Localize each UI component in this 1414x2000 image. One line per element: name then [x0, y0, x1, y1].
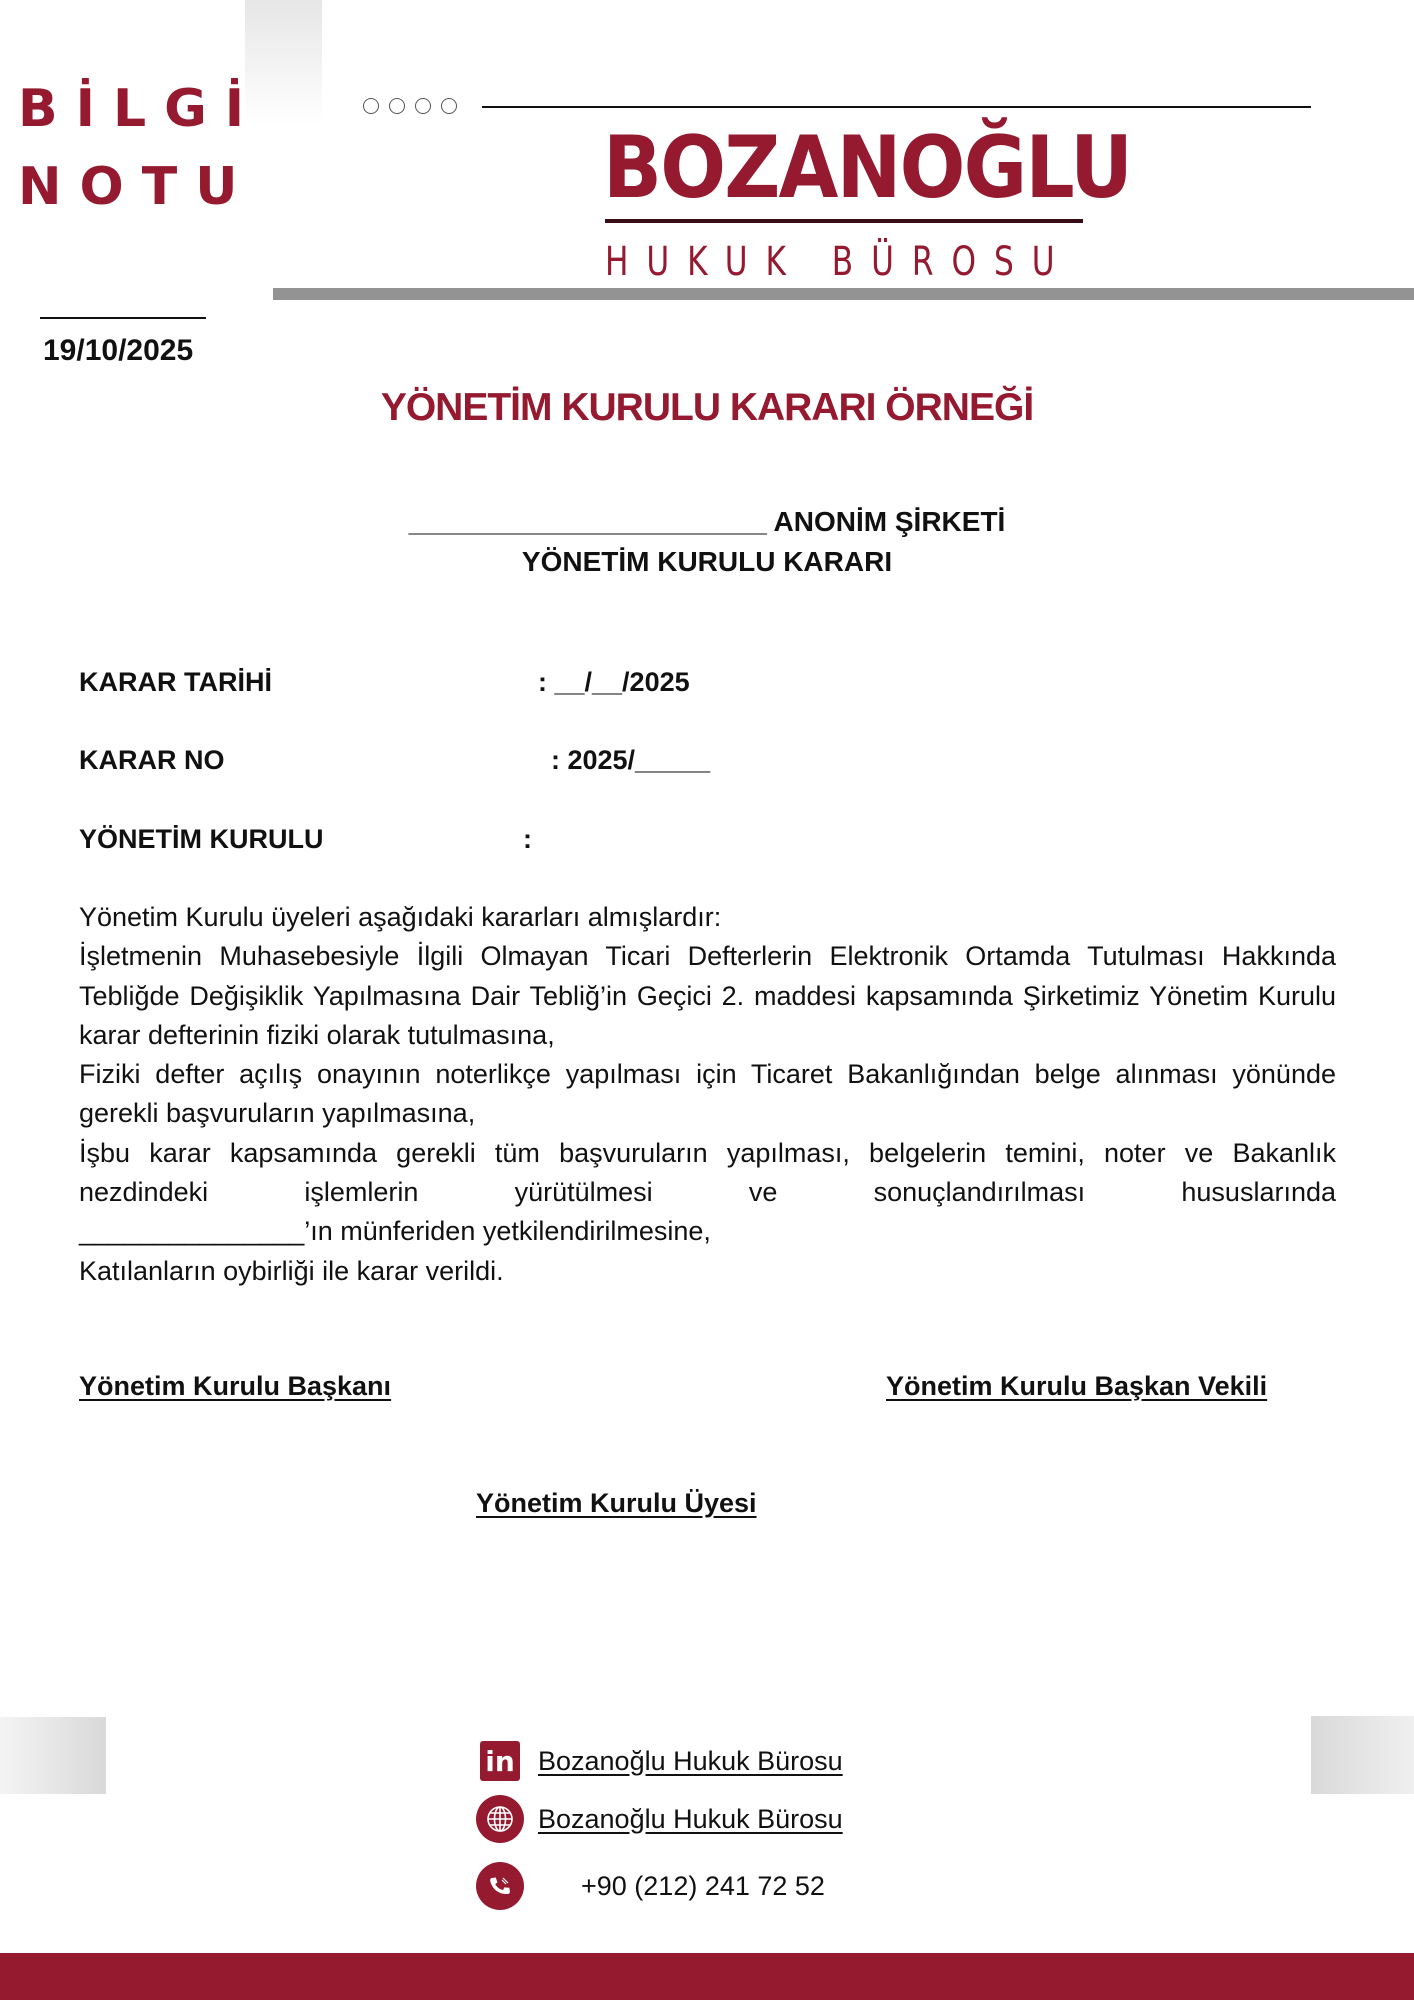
decorative-dots [363, 98, 457, 114]
footer-phone: +90 (212) 241 72 52 [476, 1862, 825, 1910]
globe-icon [476, 1795, 524, 1843]
footer-linkedin[interactable]: in Bozanoğlu Hukuk Bürosu [476, 1741, 843, 1781]
brand-logo-subtitle: HUKUK BÜROSU [605, 238, 1073, 286]
body-paragraph: İşletmenin Muhasebesiyle İlgili Olmayan … [79, 937, 1336, 1055]
signature-vice-chairman: Yönetim Kurulu Başkan Vekili [886, 1371, 1267, 1402]
signature-chairman: Yönetim Kurulu Başkanı [79, 1371, 391, 1402]
brand-logo-name: BOZANOĞLU [603, 118, 1131, 218]
decision-number-label: KARAR NO [79, 745, 225, 776]
decision-date-value: : __/__/2025 [538, 667, 690, 698]
date-rule [40, 317, 206, 319]
phone-number: +90 (212) 241 72 52 [581, 1871, 825, 1902]
document-date: 19/10/2025 [43, 334, 193, 368]
footer-decor-shade-right [1311, 1716, 1414, 1794]
body-closing: Katılanların oybirliği ile karar verildi… [79, 1252, 1336, 1291]
header-top-rule [482, 106, 1311, 108]
body-paragraph: _______________’ın münferiden yetkilendi… [79, 1212, 1336, 1251]
body-paragraph: İşbu karar kapsamında gerekli tüm başvur… [79, 1134, 1336, 1213]
badge-line-2: NOTU [18, 148, 262, 226]
phone-icon [476, 1862, 524, 1910]
brand-logo-divider [605, 219, 1083, 223]
circle-icon [441, 98, 457, 114]
website-link[interactable]: Bozanoğlu Hukuk Bürosu [538, 1804, 843, 1835]
circle-icon [363, 98, 379, 114]
footer-decor-shade-left [0, 1717, 106, 1794]
circle-icon [389, 98, 405, 114]
decision-body: Yönetim Kurulu üyeleri aşağıdaki kararla… [79, 898, 1336, 1291]
signature-member: Yönetim Kurulu Üyesi [476, 1488, 757, 1519]
body-intro: Yönetim Kurulu üyeleri aşağıdaki kararla… [79, 898, 1336, 937]
body-paragraph: Fiziki defter açılış onayının noterlikçe… [79, 1055, 1336, 1134]
header-gray-bar [273, 288, 1414, 300]
company-name-line: _______________________ ANONİM ŞİRKETİ [0, 506, 1414, 538]
info-note-badge: BİLGİ NOTU [18, 70, 262, 226]
board-members-label: YÖNETİM KURULU [79, 824, 324, 855]
footer-website[interactable]: Bozanoğlu Hukuk Bürosu [476, 1795, 843, 1843]
board-decision-heading: YÖNETİM KURULU KARARI [0, 546, 1414, 578]
decision-date-label: KARAR TARİHİ [79, 667, 272, 698]
board-members-value: : [523, 824, 532, 855]
decision-number-value: : 2025/_____ [551, 745, 710, 776]
badge-line-1: BİLGİ [18, 70, 262, 148]
linkedin-icon: in [480, 1741, 520, 1781]
page-title: YÖNETİM KURULU KARARI ÖRNEĞİ [0, 386, 1414, 430]
linkedin-link[interactable]: Bozanoğlu Hukuk Bürosu [538, 1746, 843, 1777]
circle-icon [415, 98, 431, 114]
footer-brand-bar [0, 1953, 1414, 2000]
